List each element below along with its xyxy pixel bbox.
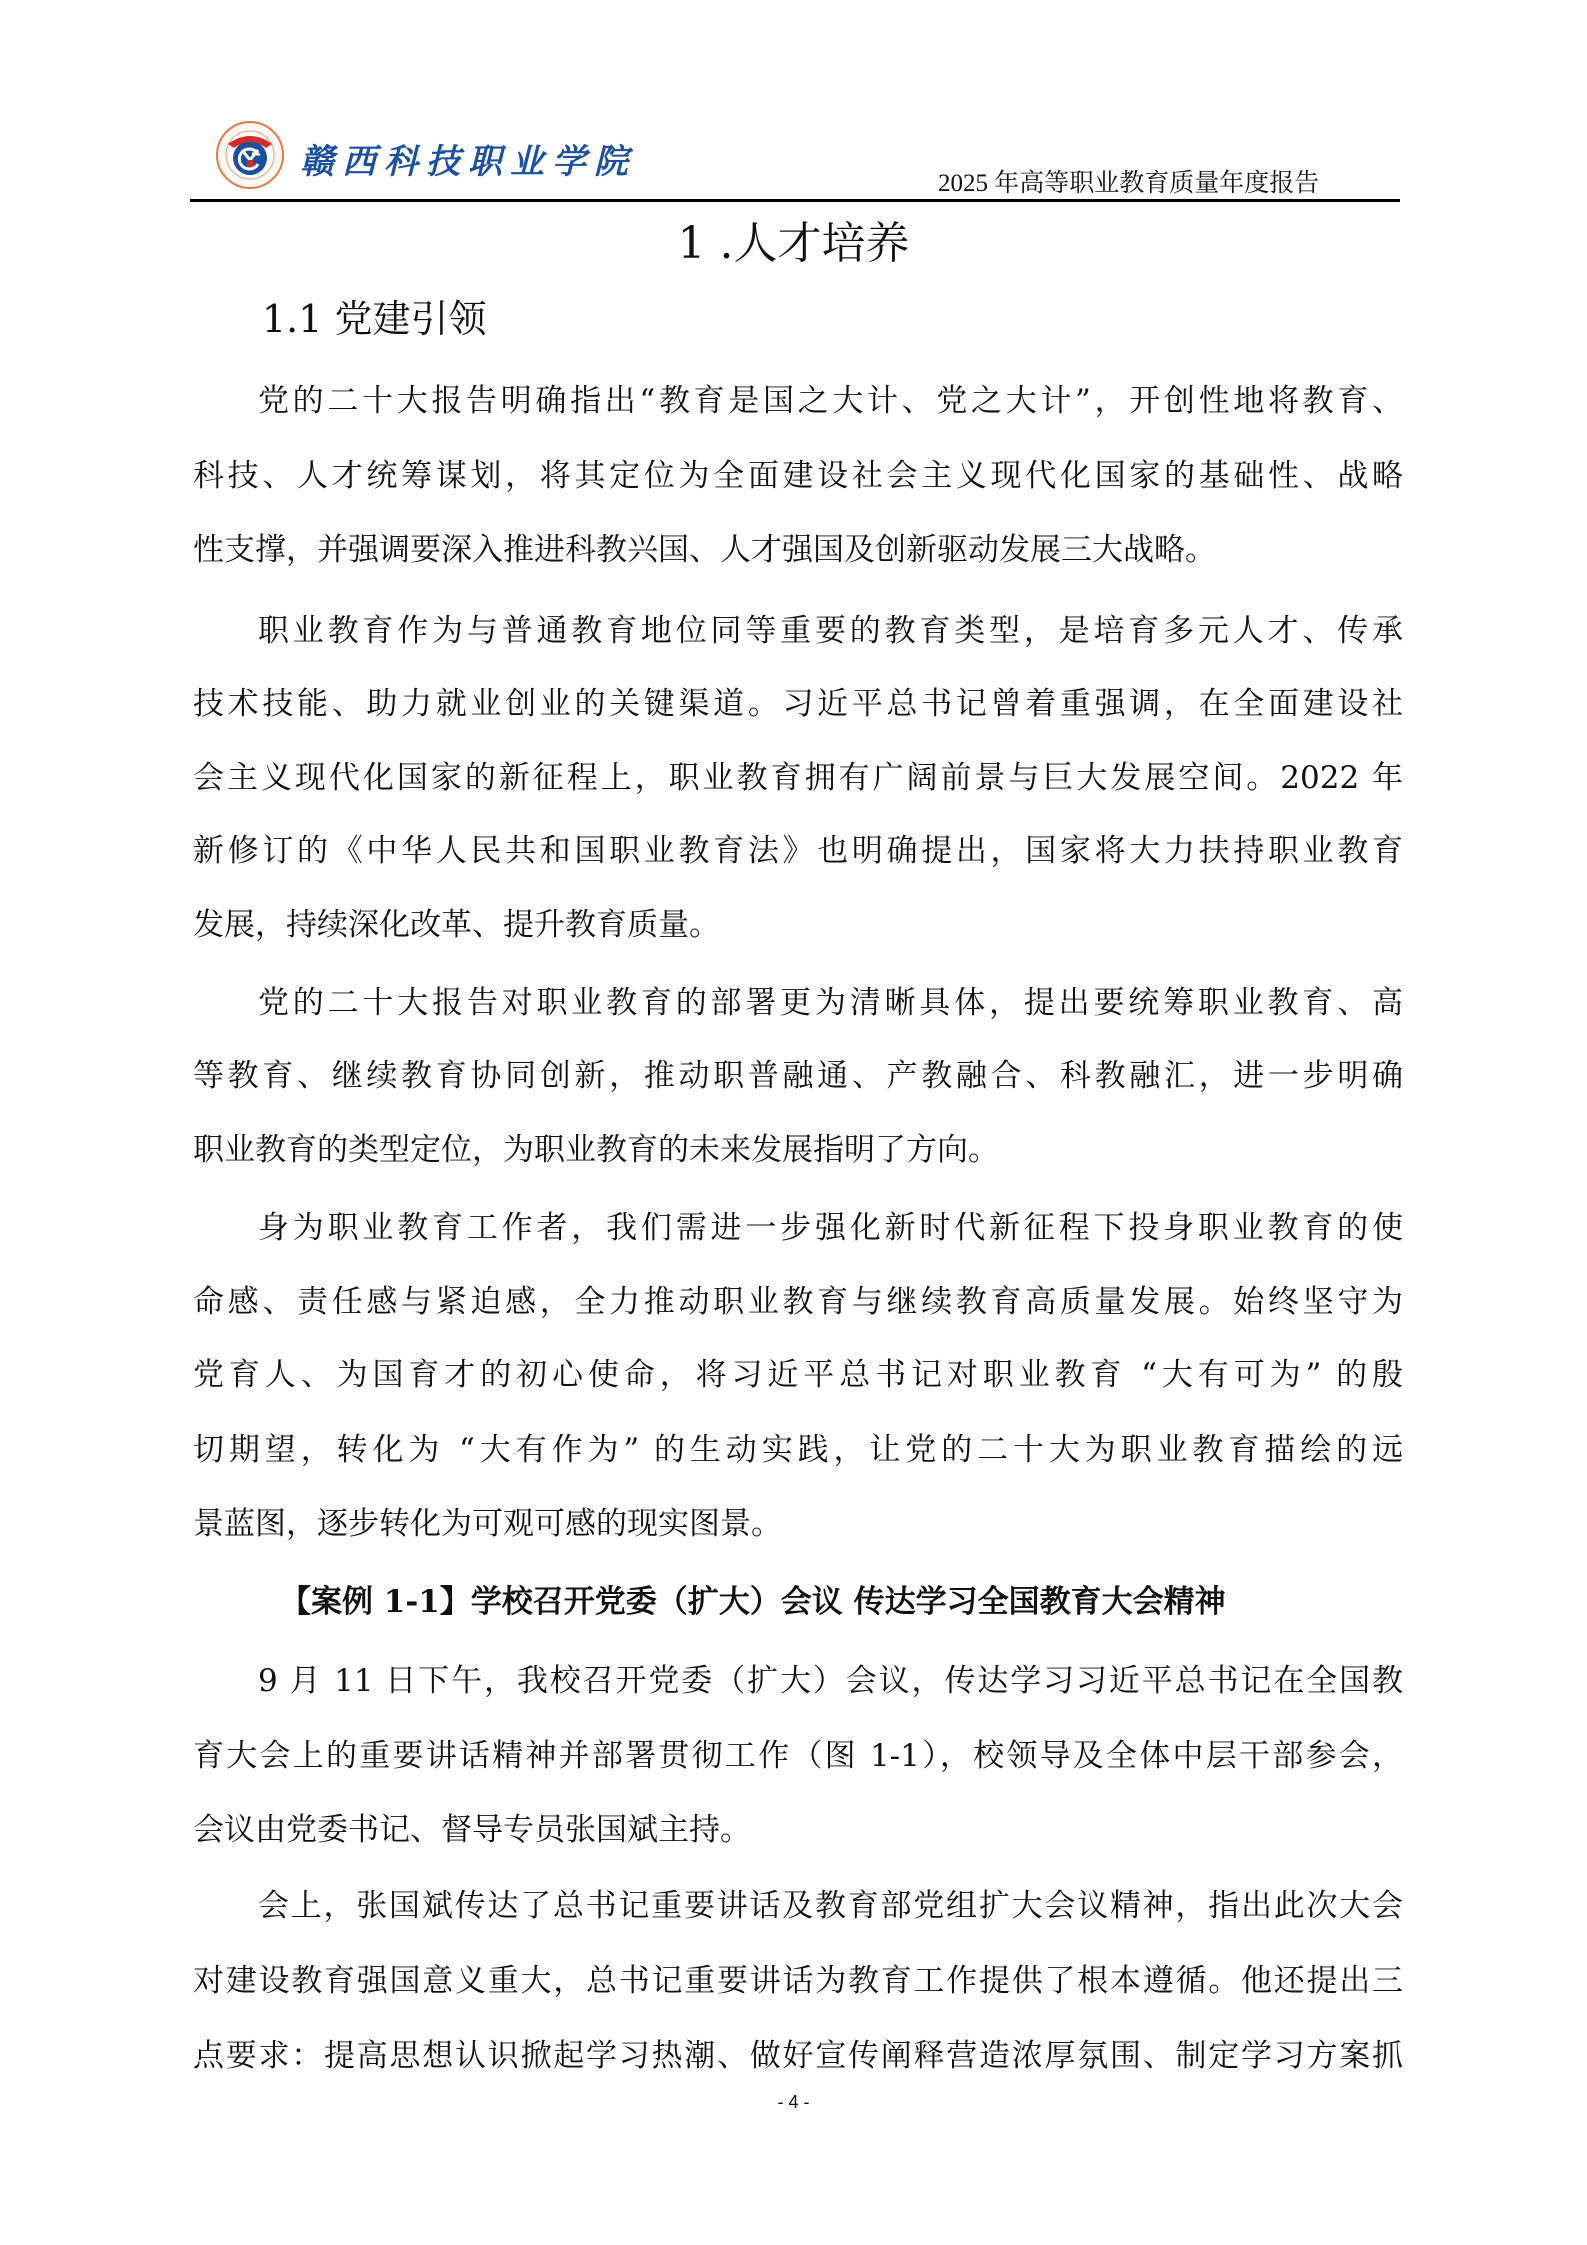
case-paragraph-line: 9 月 11 日下午，我校召开党委（扩大）会议，传达学习习近平总书记在全国教 (258, 1661, 1403, 1701)
page-number: - 4 - (0, 2092, 1587, 2113)
report-title-header: 2025 年高等职业教育质量年度报告 (938, 163, 1319, 199)
chapter-title: 1 .人才培养 (0, 216, 1587, 272)
paragraph-line: 党的二十大报告对职业教育的部署更为清晰具体，提出要统筹职业教育、高 (258, 983, 1403, 1023)
case-paragraph-line: 育大会上的重要讲话精神并部署贯彻工作（图 1-1），校领导及全体中层干部参会， (193, 1736, 1403, 1776)
header-divider (190, 199, 1400, 202)
paragraph-line: 等教育、继续教育协同创新，推动职普融通、产教融合、科教融汇，进一步明确 (193, 1056, 1403, 1096)
school-emblem-icon (214, 120, 286, 190)
paragraph-line: 会主义现代化国家的新征程上，职业教育拥有广阔前景与巨大发展空间。2022 年 (193, 758, 1403, 798)
document-page: 赣西科技职业学院 2025 年高等职业教育质量年度报告 1 .人才培养 1.1 … (0, 0, 1587, 2245)
paragraph-line: 景蓝图，逐步转化为可观可感的现实图景。 (193, 1504, 1403, 1544)
paragraph-line: 职业教育的类型定位，为职业教育的未来发展指明了方向。 (193, 1130, 1403, 1170)
section-title: 1.1 党建引领 (262, 294, 487, 344)
paragraph-line: 性支撑，并强调要深入推进科教兴国、人才强国及创新驱动发展三大战略。 (193, 530, 1403, 570)
paragraph-line: 党的二十大报告明确指出“教育是国之大计、党之大计”，开创性地将教育、 (258, 381, 1403, 421)
case-paragraph-line: 点要求：提高思想认识掀起学习热潮、做好宣传阐释营造浓厚氛围、制定学习方案抓 (193, 2036, 1403, 2076)
case-title: 【案例 1-1】学校召开党委（扩大）会议 传达学习全国教育大会精神 (280, 1582, 1400, 1622)
paragraph-line: 新修订的《中华人民共和国职业教育法》也明确提出，国家将大力扶持职业教育 (193, 831, 1403, 871)
paragraph-line: 发展，持续深化改革、提升教育质量。 (193, 905, 1403, 945)
paragraph-line: 职业教育作为与普通教育地位同等重要的教育类型，是培育多元人才、传承 (258, 611, 1403, 651)
paragraph-line: 党育人、为国育才的初心使命，将习近平总书记对职业教育 “大有可为” 的殷 (193, 1355, 1403, 1395)
case-paragraph-line: 会上，张国斌传达了总书记重要讲话及教育部党组扩大会议精神，指出此次大会 (258, 1886, 1403, 1926)
paragraph-line: 科技、人才统筹谋划，将其定位为全面建设社会主义现代化国家的基础性、战略 (193, 456, 1403, 496)
school-name-logotype: 赣西科技职业学院 (300, 134, 636, 183)
paragraph-line: 命感、责任感与紧迫感，全力推动职业教育与继续教育高质量发展。始终坚守为 (193, 1282, 1403, 1322)
paragraph-line: 切期望，转化为 “大有作为” 的生动实践，让党的二十大为职业教育描绘的远 (193, 1430, 1403, 1470)
case-paragraph-line: 会议由党委书记、督导专员张国斌主持。 (193, 1810, 1403, 1850)
case-paragraph-line: 对建设教育强国意义重大，总书记重要讲话为教育工作提供了根本遵循。他还提出三 (193, 1961, 1403, 2001)
paragraph-line: 技术技能、助力就业创业的关键渠道。习近平总书记曾着重强调，在全面建设社 (193, 684, 1403, 724)
paragraph-line: 身为职业教育工作者，我们需进一步强化新时代新征程下投身职业教育的使 (258, 1208, 1403, 1248)
